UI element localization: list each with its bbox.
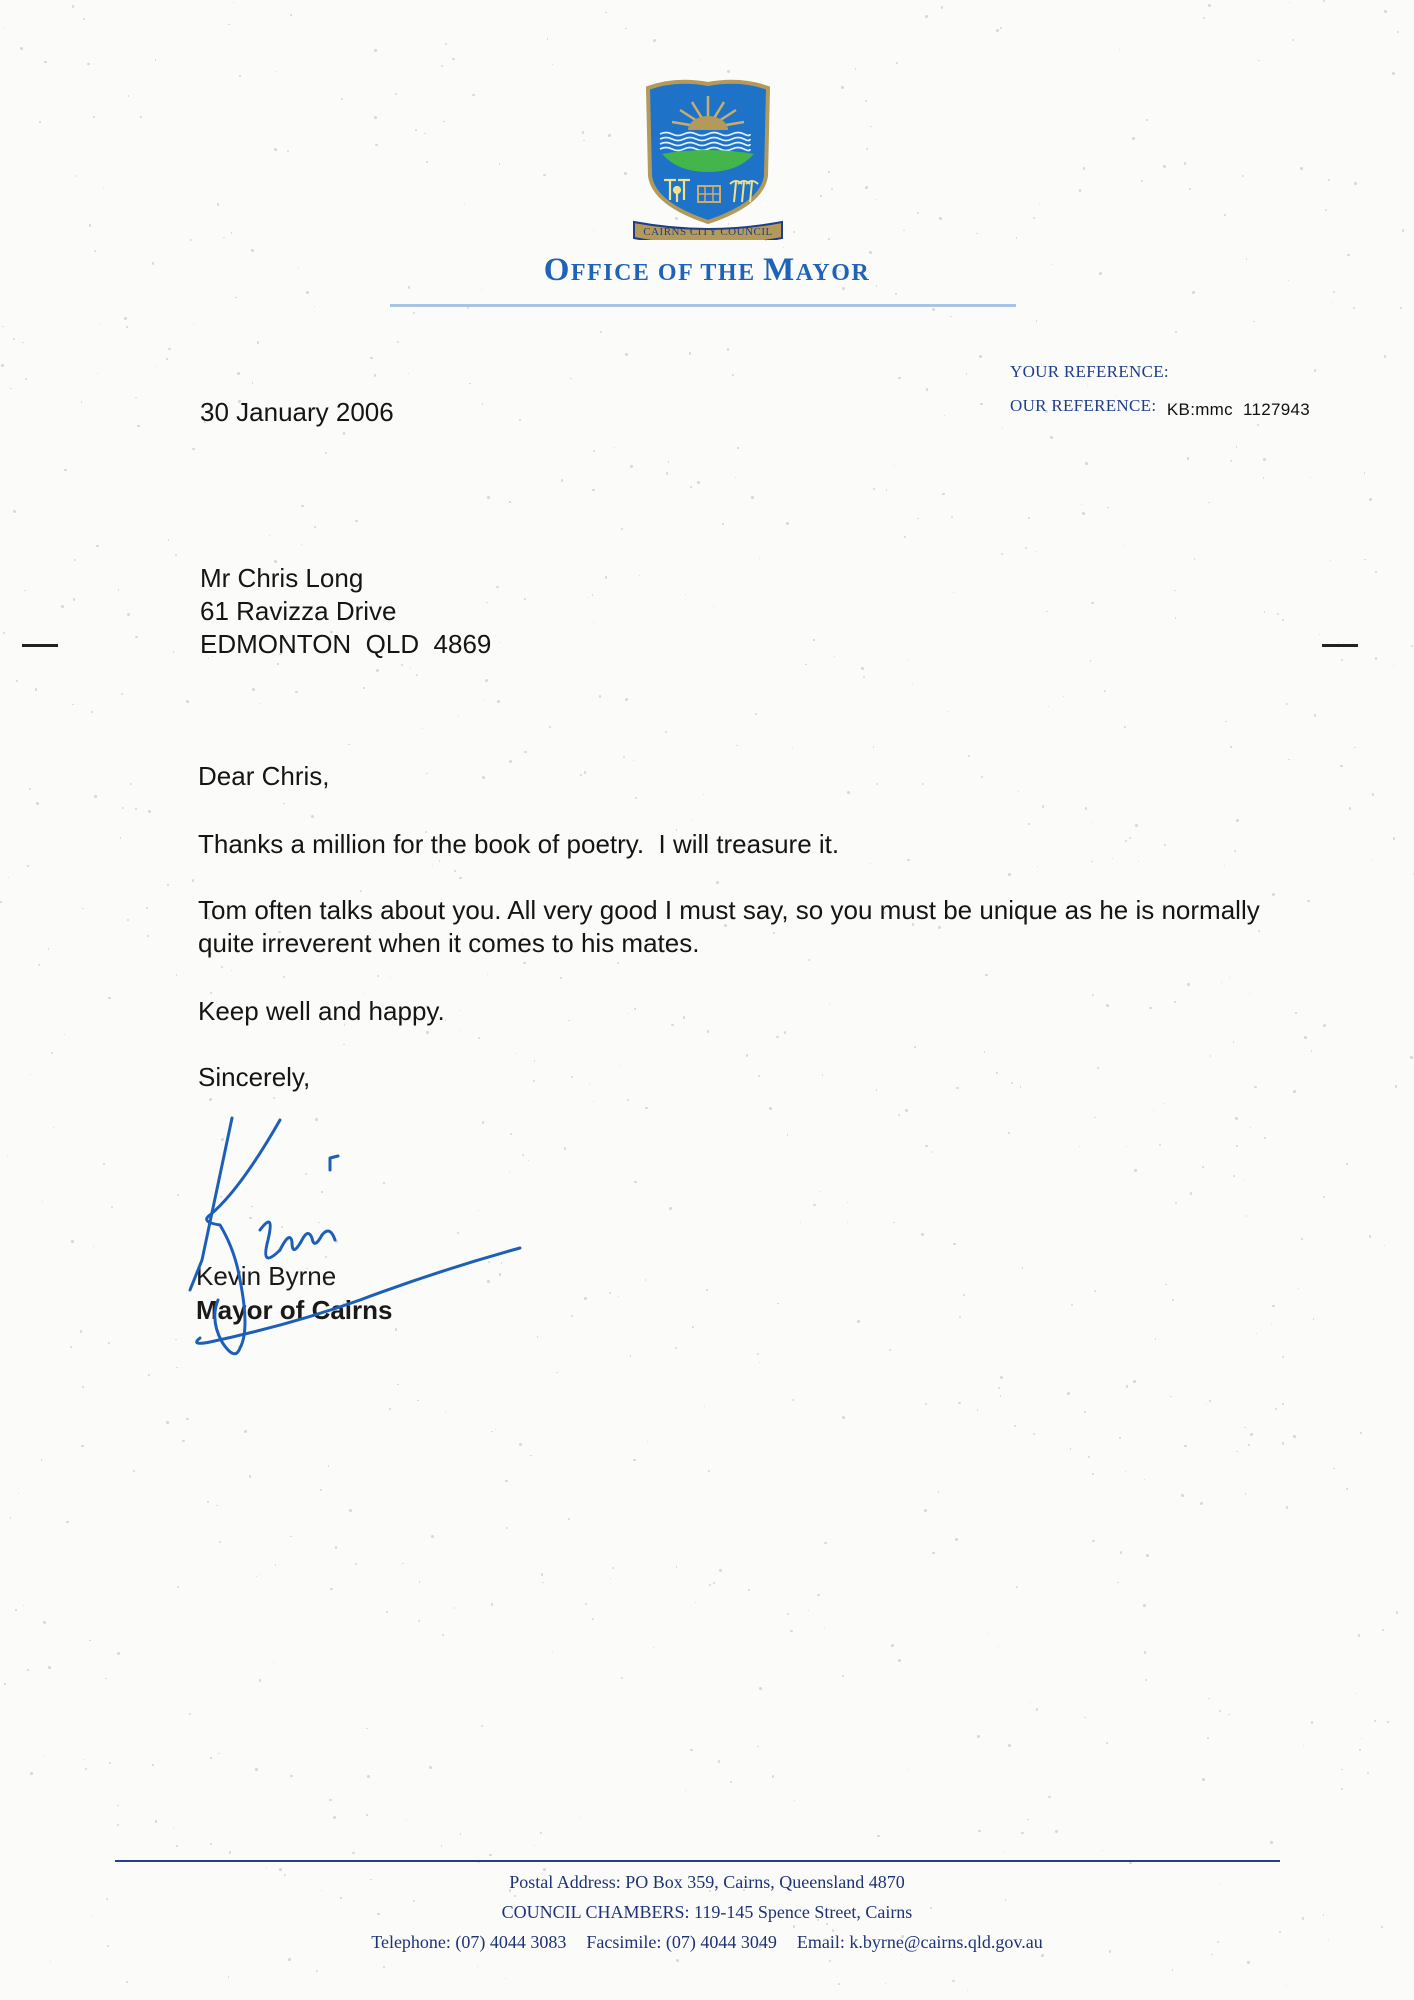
recipient-address: Mr Chris Long 61 Ravizza Drive EDMONTON … bbox=[200, 562, 491, 661]
footer-facsimile: Facsimile: (07) 4044 3049 bbox=[586, 1932, 776, 1952]
closing-line: Keep well and happy. bbox=[198, 995, 445, 1028]
footer-contact: Telephone: (07) 4044 3083Facsimile: (07)… bbox=[0, 1932, 1414, 1953]
handwritten-signature bbox=[180, 1110, 540, 1380]
title-middle: FFICE OF THE bbox=[571, 260, 763, 286]
fold-mark-left bbox=[22, 644, 58, 647]
fold-mark-right bbox=[1322, 644, 1358, 647]
salutation: Dear Chris, bbox=[198, 760, 329, 793]
our-reference-value: KB:mmc 1127943 bbox=[1167, 400, 1310, 419]
title-initial-o: O bbox=[544, 252, 571, 288]
crest-ribbon-text: CAIRNS CITY COUNCIL bbox=[643, 226, 773, 238]
footer-postal-address: Postal Address: PO Box 359, Cairns, Quee… bbox=[0, 1872, 1414, 1893]
sign-off: Sincerely, bbox=[198, 1061, 310, 1094]
office-of-the-mayor-heading: OFFICE OF THE MAYOR bbox=[0, 252, 1414, 289]
your-reference: YOUR REFERENCE: bbox=[1010, 362, 1175, 382]
footer-email[interactable]: Email: k.byrne@cairns.qld.gov.au bbox=[797, 1932, 1043, 1952]
paragraph-1: Thanks a million for the book of poetry.… bbox=[198, 828, 839, 861]
cairns-city-council-crest-icon: CAIRNS CITY COUNCIL bbox=[626, 76, 790, 240]
footer-council-chambers: COUNCIL CHAMBERS: 119-145 Spence Street,… bbox=[0, 1902, 1414, 1923]
recipient-name: Mr Chris Long bbox=[200, 562, 491, 595]
letter-date: 30 January 2006 bbox=[200, 396, 394, 429]
paragraph-2: Tom often talks about you. All very good… bbox=[198, 894, 1318, 960]
title-end: AYOR bbox=[796, 260, 870, 286]
title-initial-m: M bbox=[763, 252, 796, 288]
recipient-city-line: EDMONTON QLD 4869 bbox=[200, 628, 491, 661]
your-reference-label: YOUR REFERENCE: bbox=[1010, 362, 1169, 381]
footer-telephone: Telephone: (07) 4044 3083 bbox=[371, 1932, 566, 1952]
recipient-street: 61 Ravizza Drive bbox=[200, 595, 491, 628]
footer-divider bbox=[115, 1860, 1280, 1862]
our-reference-label: OUR REFERENCE: bbox=[1010, 396, 1156, 415]
our-reference: OUR REFERENCE: KB:mmc 1127943 bbox=[1010, 396, 1310, 416]
header-divider bbox=[390, 304, 1016, 307]
